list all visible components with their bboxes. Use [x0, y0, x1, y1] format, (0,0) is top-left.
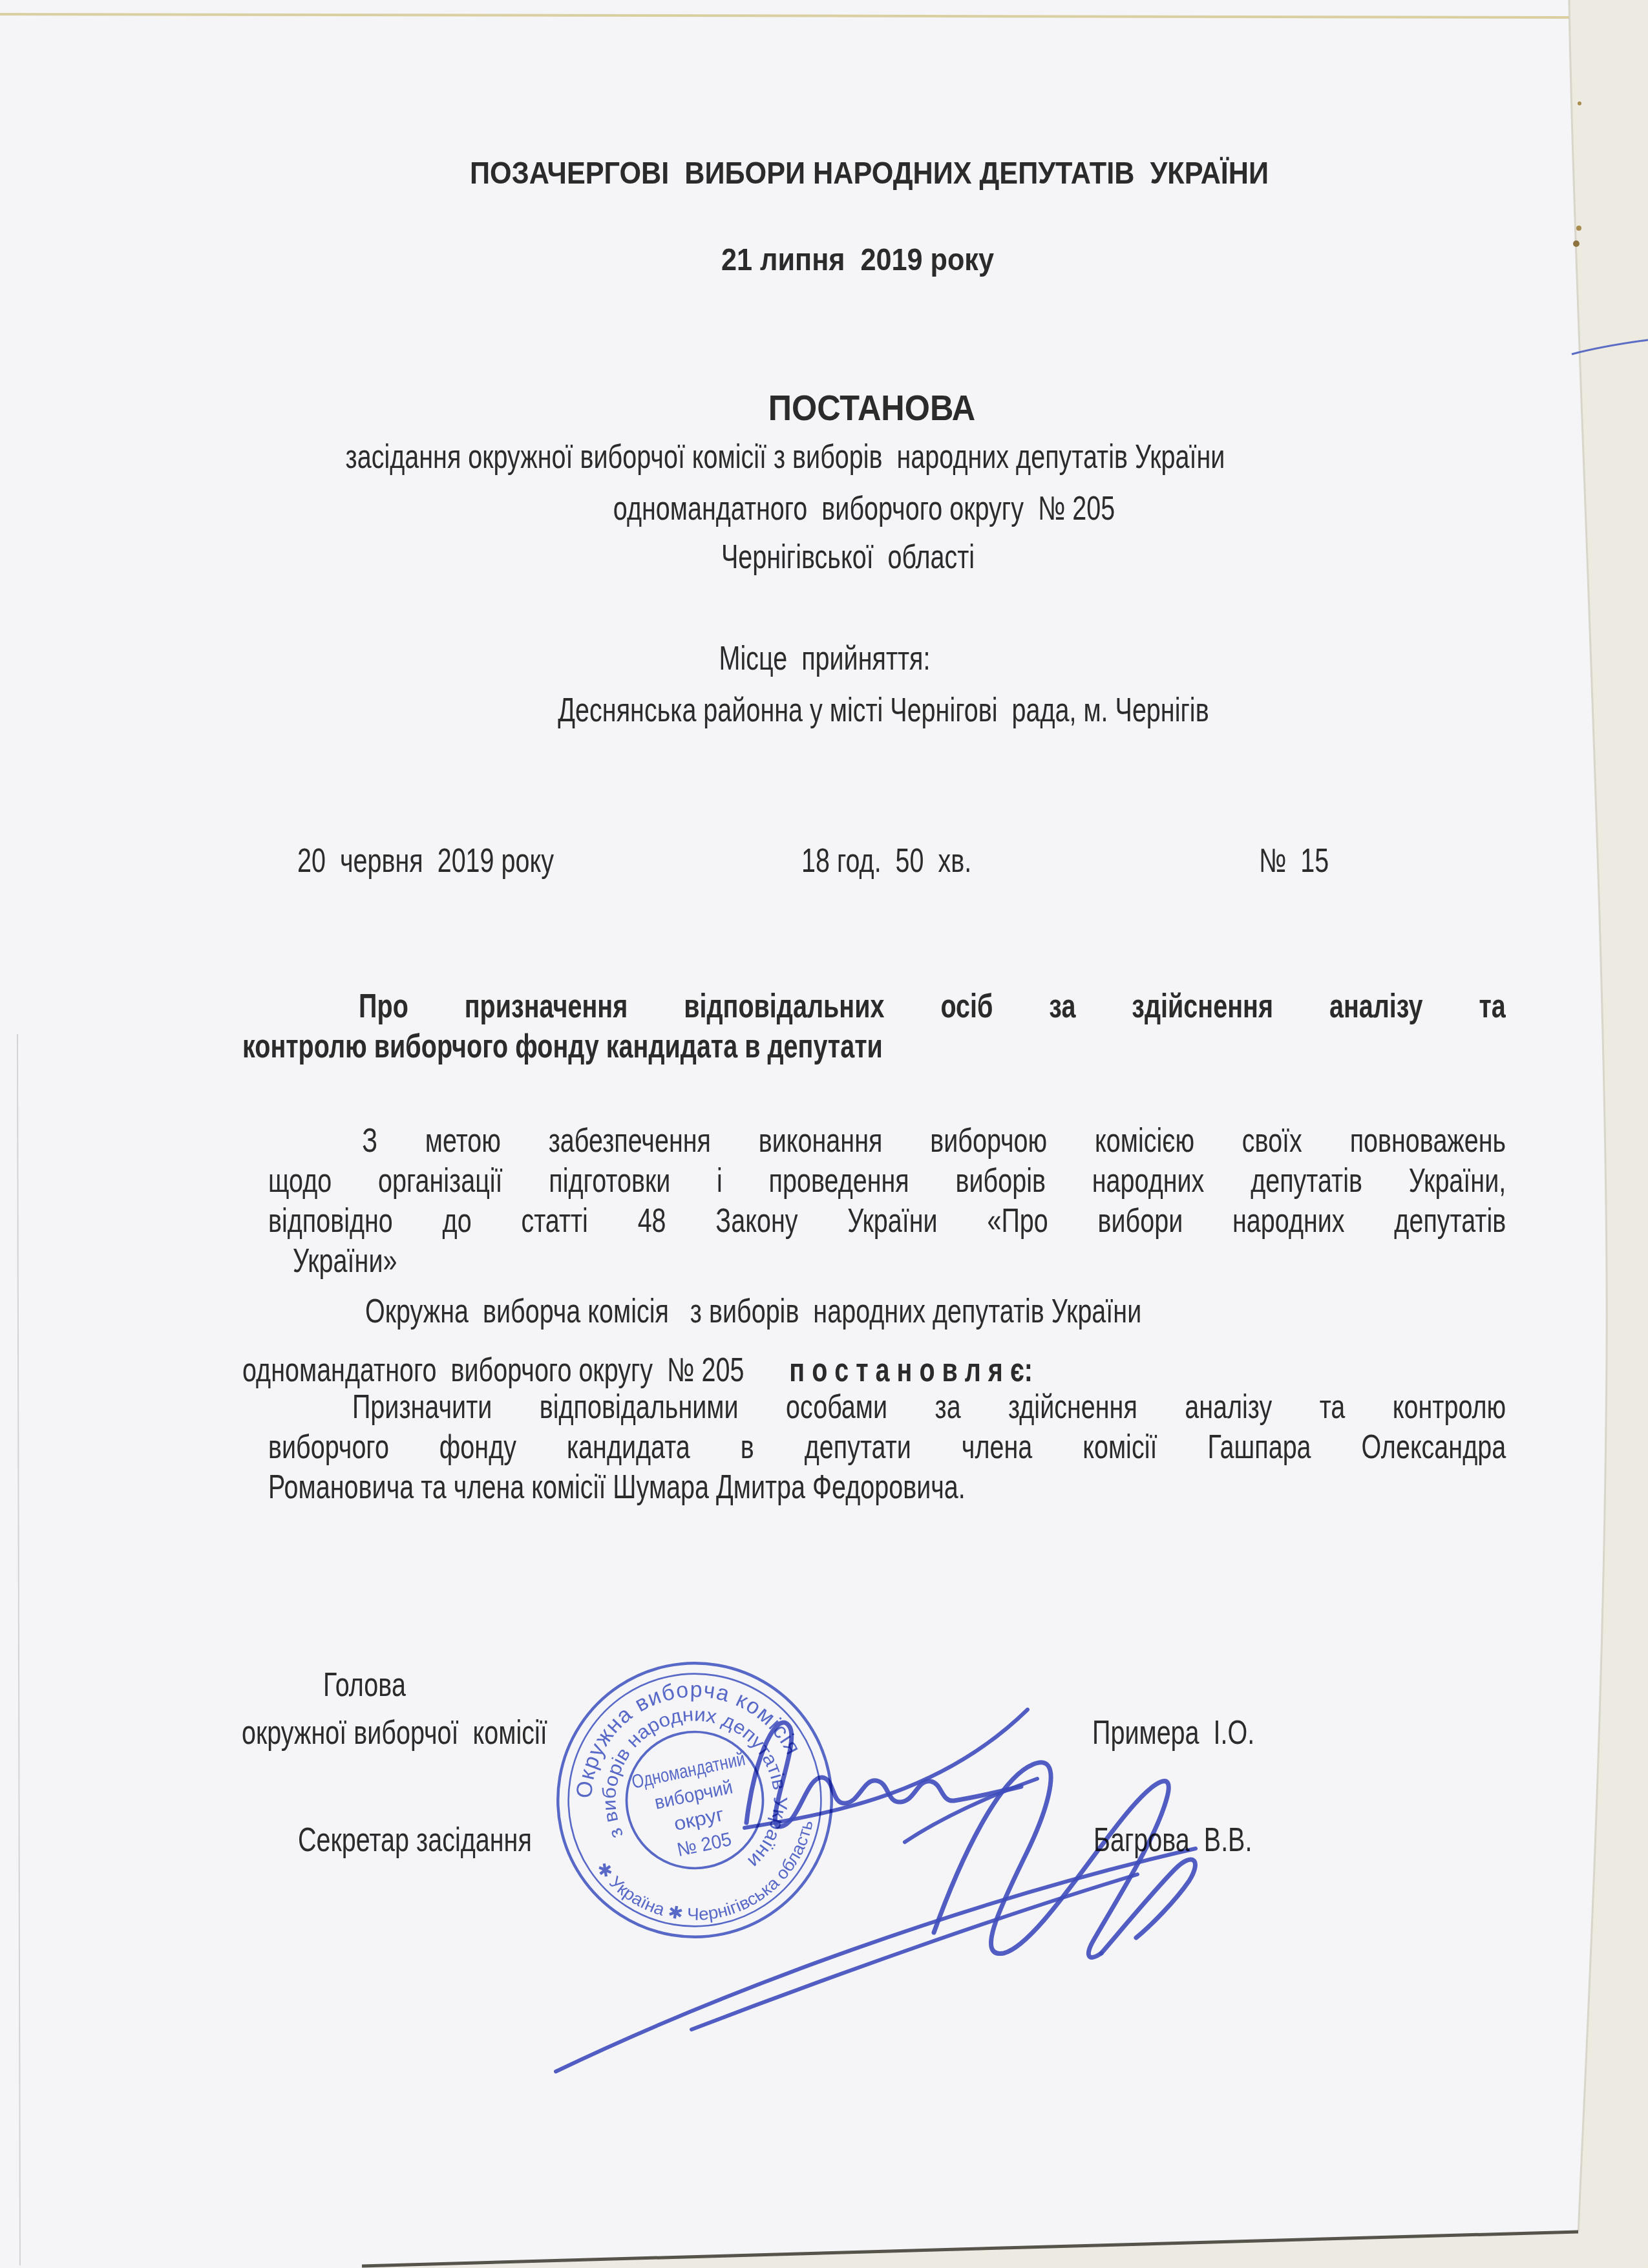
body-paragraph-2: Окружна виборча комісія з виборів народн…: [365, 1291, 1141, 1331]
body-p1-line-3: відповідно до статті 48 Закону України «…: [268, 1201, 1506, 1241]
meeting-time: 18 год. 50 хв.: [801, 841, 971, 881]
body-p4-line-2: виборчого фонду кандидата в депутати чле…: [268, 1427, 1506, 1467]
speck-3: [1573, 240, 1579, 247]
speck-1: [1578, 101, 1581, 105]
body-p4-line-3: Романовича та члена комісії Шумара Дмитр…: [268, 1467, 1506, 1507]
body-paragraph-1: З метою забезпечення виконання виборчою …: [268, 1121, 1506, 1281]
resolution-line-1: засідання окружної виборчої комісії з ви…: [346, 437, 1225, 477]
election-date: 21 липня 2019 року: [721, 240, 994, 281]
page-right-edge: [1569, 0, 1648, 2268]
signatures-overlay: [452, 1538, 1422, 2262]
page-right-edge-line: [1569, 0, 1607, 2236]
speck-2: [1576, 226, 1581, 231]
signature-chairman: [745, 1710, 1037, 1842]
subject-block: Про призначення відповідальних осіб за з…: [242, 986, 1506, 1066]
body-paragraph-3: одномандатного виборчого округу № 205п о…: [242, 1350, 1033, 1390]
body-p1-line-2: щодо організації підготовки і проведення…: [268, 1161, 1506, 1201]
resolution-heading: ПОСТАНОВА: [768, 387, 975, 429]
resolution-number: № 15: [1259, 841, 1329, 881]
page-top-edge-line: [0, 14, 1569, 17]
body-p1-line-4: України»: [268, 1241, 1506, 1281]
signer1-role-line1: Голова: [323, 1665, 406, 1705]
scanned-resolution-page: { "doc": { "header": { "title": "ПОЗАЧЕР…: [0, 0, 1648, 2268]
place-value: Деснянська районна у місті Чернігові рад…: [558, 690, 1209, 730]
page-left-edge-line: [17, 1034, 20, 2265]
resolution-line-2: одномандатного виборчого округу № 205: [613, 489, 1115, 529]
body-p4-line-1: Призначити відповідальними особами за зд…: [268, 1387, 1506, 1427]
resolution-line-3: Чернігівської області: [721, 537, 975, 577]
subject-line-1: Про призначення відповідальних осіб за з…: [242, 986, 1506, 1026]
district-phrase: одномандатного виборчого округу № 205: [242, 1351, 744, 1389]
subject-line-2: контролю виборчого фонду кандидата в деп…: [242, 1026, 1506, 1066]
document-title: ПОЗАЧЕРГОВІ ВИБОРИ НАРОДНИХ ДЕПУТАТІВ УК…: [470, 154, 1269, 194]
resolves-phrase: п о с т а н о в л я є:: [789, 1351, 1033, 1389]
body-paragraph-4: Призначити відповідальними особами за зд…: [268, 1387, 1506, 1507]
signature-secretary: [556, 1763, 1196, 2072]
meeting-date: 20 червня 2019 року: [297, 841, 554, 881]
place-label: Місце прийняття:: [719, 639, 931, 679]
body-p1-line-1: З метою забезпечення виконання виборчою …: [268, 1121, 1506, 1161]
pen-mark-right-edge: [1572, 340, 1648, 354]
